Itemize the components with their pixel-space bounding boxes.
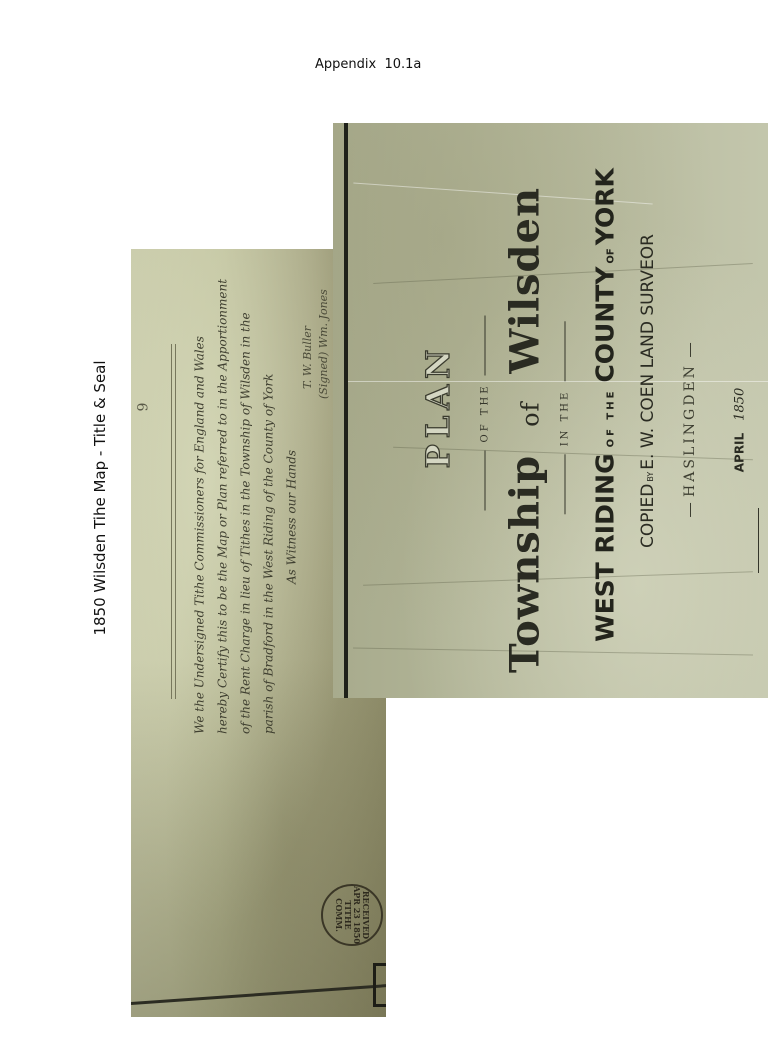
appendix-label: Appendix 10.1a (315, 57, 421, 72)
certificate-double-rule (171, 344, 176, 699)
of-word: of (517, 402, 545, 427)
of-the-line: OF THE (480, 307, 491, 518)
divider-rule (485, 451, 486, 511)
divider-rule (565, 322, 566, 382)
divider-rule (565, 454, 566, 514)
divider-rule (690, 343, 691, 357)
paper-crease (363, 571, 753, 586)
certificate-page-number: 9 (135, 403, 151, 412)
township-word: Township (502, 455, 549, 673)
certificate-line: hereby Certify this to be the Map or Pla… (212, 304, 235, 734)
certificate-signature: T. W. Buller (301, 326, 314, 389)
by-text: BY (646, 472, 655, 482)
date-line: APRIL1850 (733, 388, 748, 473)
year-text: 1850 (733, 388, 748, 421)
town-name: HASLINGDEN (682, 363, 698, 497)
west-riding-text: WEST RIDING (591, 453, 620, 641)
certificate-text: We the Undersigned Tithe Commissioners f… (189, 304, 304, 734)
certificate-line: of the Rent Charge in lieu of Tithes in … (235, 304, 258, 734)
town-line: HASLINGDEN (682, 337, 698, 523)
place-name: Wilsden (502, 187, 549, 374)
in-the-line: IN THE (560, 314, 571, 523)
of-the-small: OF THE (606, 389, 617, 448)
title-plan-photo: PLAN OF THE TownshipofWilsden IN THE WES… (333, 123, 768, 698)
paper-crease (353, 648, 753, 656)
copied-text: COPIED (638, 484, 658, 548)
month-text: APRIL (733, 433, 747, 472)
copied-by-line: COPIEDBYE. W. COEN LAND SURVEOR (638, 234, 658, 548)
county-text: COUNTY (591, 267, 620, 383)
township-title: TownshipofWilsden (502, 187, 549, 673)
surveyor-name: E. W. COEN LAND SURVEOR (638, 234, 658, 470)
corner-bracket (373, 963, 386, 1007)
divider-rule (690, 503, 691, 517)
paper-crease (373, 263, 753, 284)
certificate-line: parish of Bradford in the West Riding of… (258, 304, 281, 734)
of-small: OF (606, 248, 617, 263)
seal-text: RECEIVED APR 23 1850 TITHE COMM. (334, 886, 370, 944)
plan-heading: PLAN (419, 344, 457, 469)
divider-rule (485, 315, 486, 375)
certificate-signature: (Signed) Wm. Jones (317, 289, 330, 399)
county-line: WEST RIDINGOF THECOUNTYOFYORK (591, 168, 620, 642)
date-underline (758, 508, 759, 573)
paper-crease (348, 381, 768, 382)
received-seal-stamp: RECEIVED APR 23 1850 TITHE COMM. (321, 884, 383, 946)
side-caption: 1850 Wilsden Tihe Map - Title & Seal (91, 360, 109, 635)
certificate-line: We the Undersigned Tithe Commissioners f… (189, 304, 212, 734)
of-the-text: OF THE (480, 383, 491, 442)
plan-border-line (344, 123, 348, 698)
york-text: YORK (591, 168, 620, 245)
in-the-text: IN THE (560, 390, 571, 447)
